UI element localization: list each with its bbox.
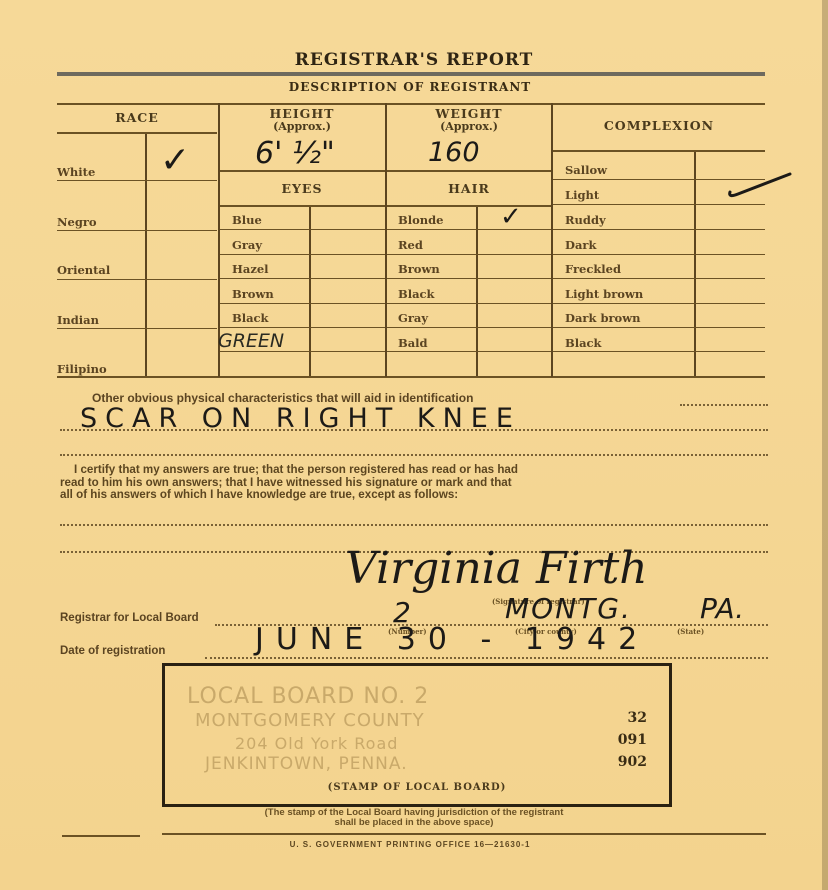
complexion-header: COMPLEXION: [553, 118, 765, 133]
stamp-line-2: MONTGOMERY COUNTY: [195, 710, 425, 731]
table-bottom-border: [57, 376, 765, 378]
stamp-caption: (STAMP OF LOCAL BOARD): [165, 782, 669, 793]
exceptions-line-1: [60, 524, 768, 526]
complexion-light[interactable]: Light: [565, 188, 599, 202]
hair-row-rule: [387, 327, 551, 328]
complexion-row-rule: [553, 229, 765, 230]
complexion-light-brown[interactable]: Light brown: [565, 287, 643, 301]
eyes-written-in: GREEN: [218, 330, 284, 352]
complexion-row-rule: [553, 254, 765, 255]
stamp-number-2: 091: [618, 732, 647, 748]
race-row-rule: [57, 180, 217, 181]
race-row-rule: [57, 279, 217, 280]
date-label: Date of registration: [60, 645, 165, 657]
complexion-header-rule: [553, 150, 765, 152]
eyes-row-rule: [220, 254, 385, 255]
hair-blonde[interactable]: Blonde: [398, 213, 443, 227]
bottom-rule-left: [62, 835, 140, 837]
hair-gray[interactable]: Gray: [398, 311, 428, 325]
hair-row-rule: [387, 229, 551, 230]
complexion-ruddy[interactable]: Ruddy: [565, 213, 606, 227]
document-title: REGISTRAR'S REPORT: [0, 50, 828, 70]
complexion-row-rule: [553, 327, 765, 328]
height-header: HEIGHT (Approx.): [220, 106, 384, 132]
divider-weight-complexion: [551, 103, 553, 377]
complexion-row-rule: [553, 351, 765, 352]
table-top-border: [57, 103, 765, 105]
printer-imprint: U. S. GOVERNMENT PRINTING OFFICE 16—2163…: [0, 840, 820, 849]
complexion-check-mark: [720, 168, 795, 198]
stamp-line-3: 204 Old York Road: [235, 734, 398, 753]
other-characteristics-line-3: [60, 454, 768, 456]
registrar-label: Registrar for Local Board: [60, 612, 199, 624]
race-check-mark: ✓: [160, 140, 190, 181]
complexion-row-rule: [553, 303, 765, 304]
race-indian[interactable]: Indian: [57, 313, 99, 327]
eyes-hazel[interactable]: Hazel: [232, 262, 269, 276]
certification-text: I certify that my answers are true; that…: [60, 464, 768, 502]
hair-bald[interactable]: Bald: [398, 336, 428, 350]
complexion-black[interactable]: Black: [565, 336, 602, 350]
race-white[interactable]: White: [57, 165, 95, 179]
eyes-header: EYES: [220, 181, 384, 196]
eyes-gray[interactable]: Gray: [232, 238, 262, 252]
eyes-header-rule: [220, 205, 385, 207]
footnote-line-2: shall be placed in the above space): [150, 818, 678, 828]
hair-check-mark: ✓: [500, 202, 522, 232]
eyes-row-rule: [220, 278, 385, 279]
registrar-signature[interactable]: Virginia Firth: [345, 543, 648, 594]
race-filipino[interactable]: Filipino: [57, 362, 107, 376]
eyes-row-rule: [220, 229, 385, 230]
document-subtitle: DESCRIPTION OF REGISTRANT: [0, 80, 820, 94]
race-negro[interactable]: Negro: [57, 215, 97, 229]
hair-row-rule: [387, 303, 551, 304]
complexion-freckled[interactable]: Freckled: [565, 262, 621, 276]
eyes-row-rule: [220, 351, 385, 352]
stamp-line-4: JENKINTOWN, PENNA.: [205, 754, 408, 774]
bottom-rule-right: [162, 833, 766, 835]
weight-rule: [387, 170, 551, 172]
title-rule: [57, 72, 765, 76]
complexion-check-divider: [694, 152, 696, 376]
hair-red[interactable]: Red: [398, 238, 423, 252]
complexion-row-rule: [553, 204, 765, 205]
race-header: RACE: [57, 110, 217, 125]
eyes-row-rule: [220, 327, 385, 328]
certification-line: all of his answers of which I have knowl…: [60, 489, 768, 502]
hair-row-rule: [387, 254, 551, 255]
local-board-stamp: LOCAL BOARD NO. 2 MONTGOMERY COUNTY 204 …: [162, 663, 672, 807]
height-header-sub: (Approx.): [220, 121, 384, 132]
hair-black[interactable]: Black: [398, 287, 435, 301]
certification-line: I certify that my answers are true; that…: [60, 464, 768, 477]
registration-card: REGISTRAR'S REPORT DESCRIPTION OF REGIST…: [0, 0, 828, 890]
stamp-line-1: LOCAL BOARD NO. 2: [187, 684, 429, 709]
divider-height-weight: [385, 103, 387, 377]
eyes-black[interactable]: Black: [232, 311, 269, 325]
height-header-label: HEIGHT: [270, 106, 335, 121]
complexion-sallow[interactable]: Sallow: [565, 163, 607, 177]
race-row-rule: [57, 230, 217, 231]
other-characteristics-line-2: [60, 429, 768, 431]
race-header-rule: [57, 132, 217, 134]
weight-header: WEIGHT (Approx.): [387, 106, 551, 132]
date-line: [205, 657, 768, 659]
hair-header: HAIR: [387, 181, 551, 196]
complexion-dark-brown[interactable]: Dark brown: [565, 311, 641, 325]
race-oriental[interactable]: Oriental: [57, 263, 110, 277]
weight-value: 160: [428, 137, 480, 168]
race-check-divider: [145, 134, 147, 376]
height-value: 6' ½": [255, 136, 335, 171]
weight-header-label: WEIGHT: [435, 106, 502, 121]
complexion-row-rule: [553, 278, 765, 279]
hair-header-rule: [387, 205, 551, 207]
registrar-state[interactable]: PA.: [700, 592, 744, 625]
complexion-dark[interactable]: Dark: [565, 238, 596, 252]
eyes-brown[interactable]: Brown: [232, 287, 274, 301]
race-row-rule: [57, 328, 217, 329]
date-value[interactable]: JUNE 30 - 1942: [255, 622, 649, 657]
stamp-footnote: (The stamp of the Local Board having jur…: [150, 808, 678, 828]
eyes-row-rule: [220, 303, 385, 304]
weight-header-sub: (Approx.): [387, 121, 551, 132]
height-rule: [220, 170, 385, 172]
stamp-number-1: 32: [628, 710, 647, 726]
stamp-number-3: 902: [618, 754, 647, 770]
registrar-state-caption: (State): [677, 627, 704, 636]
hair-brown[interactable]: Brown: [398, 262, 440, 276]
hair-row-rule: [387, 278, 551, 279]
eyes-blue[interactable]: Blue: [232, 213, 262, 227]
registrar-city[interactable]: MONTG.: [505, 592, 632, 625]
other-characteristics-line-1: [680, 404, 768, 406]
hair-row-rule: [387, 351, 551, 352]
